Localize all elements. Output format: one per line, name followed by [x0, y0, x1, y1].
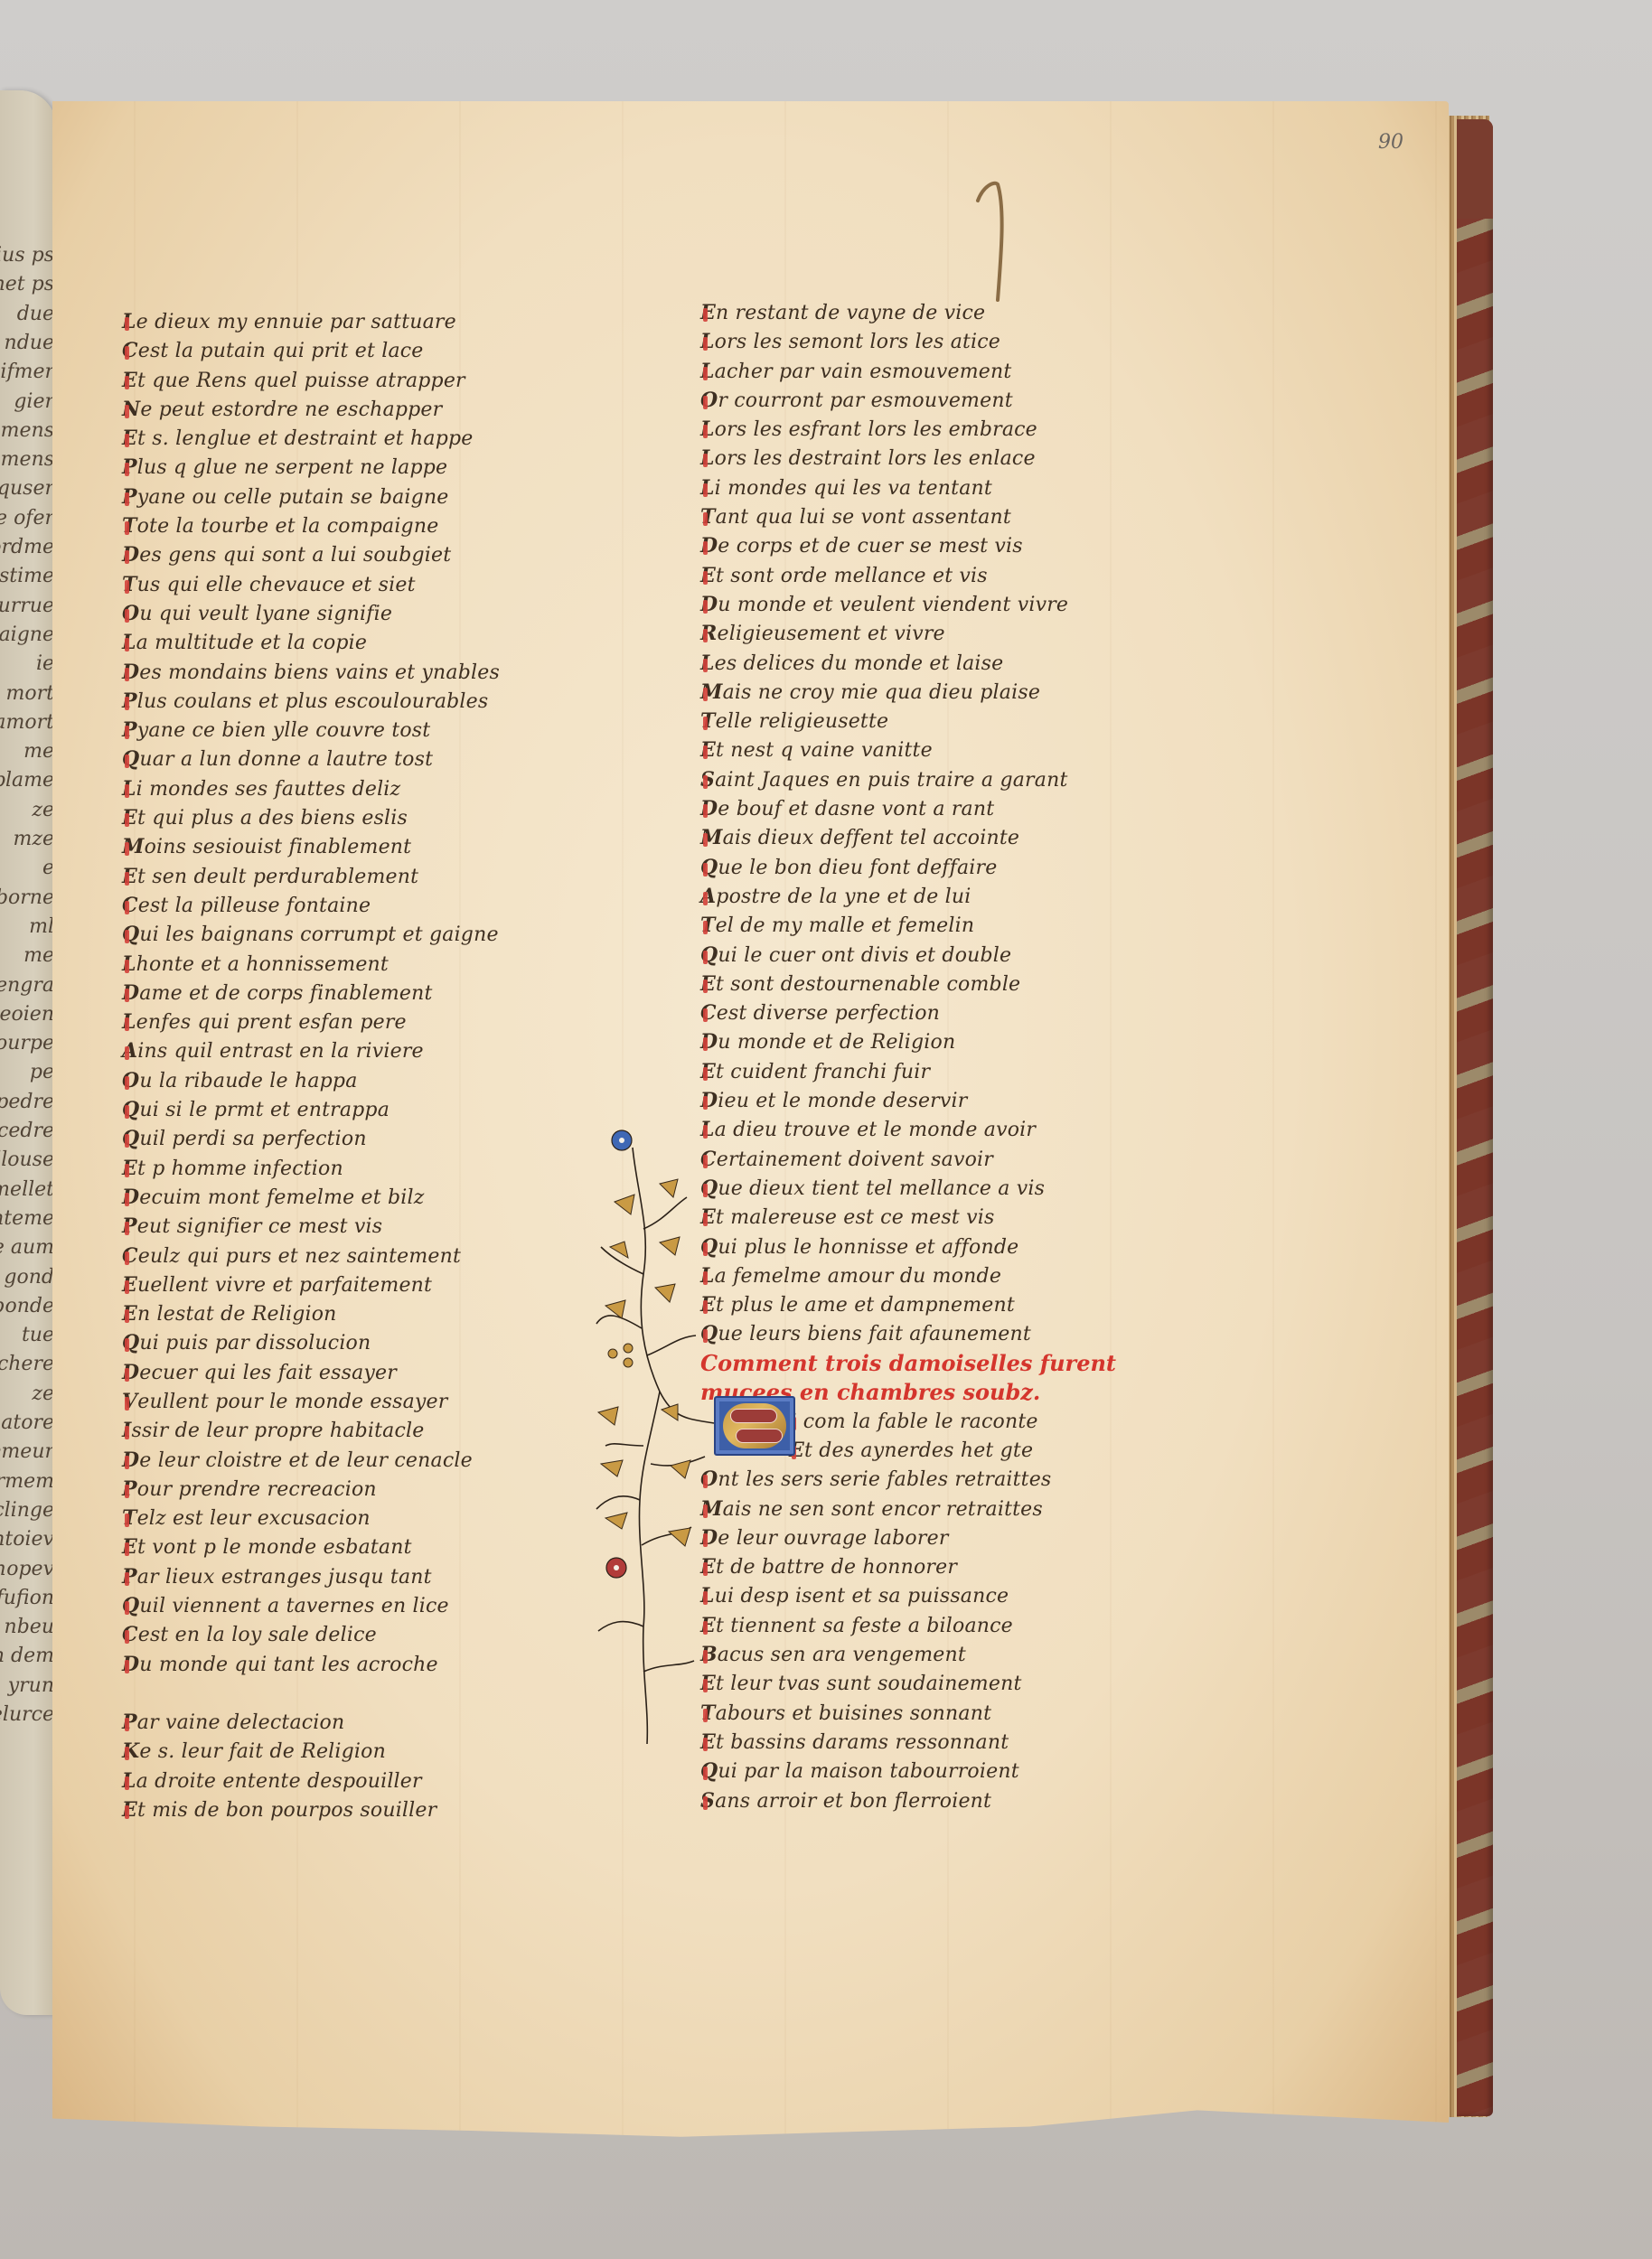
verse-line: Et sen deult perdurablement — [122, 862, 592, 891]
left-page-text-fragment: me — [23, 944, 54, 967]
verse-line: Euellent vivre et parfaitement — [122, 1270, 592, 1299]
verse-line: Peut signifier ce mest vis — [122, 1212, 592, 1241]
verse-line: Tote la tourbe et la compaigne — [122, 511, 592, 540]
rubricated-initial: L — [700, 651, 715, 675]
verse-line: Et de battre de honnorer — [700, 1552, 1188, 1581]
verse-text: e leur ouvrage laborer — [718, 1527, 948, 1550]
rubricated-initial: P — [122, 1565, 137, 1589]
left-page-text-fragment: amort — [0, 711, 54, 734]
verse-text: us qui elle chevauce et siet — [137, 574, 416, 596]
rubricated-initial: E — [700, 564, 716, 587]
verse-line: De leur ouvrage laborer — [700, 1523, 1188, 1552]
left-page-text-fragment: ne nestime — [0, 565, 54, 587]
rubricated-initial: C — [122, 339, 138, 362]
rubricated-initial: Q — [122, 1098, 139, 1121]
verse-text: ieu et le monde deservir — [718, 1090, 967, 1112]
left-page-text-fragment: Parmem — [0, 1470, 54, 1493]
verse-line: Lenfes qui prent esfan pere — [122, 1008, 592, 1036]
verse-text: ertainement doivent savoir — [717, 1148, 993, 1171]
left-page-edge: pius psernet psduendueifmergieremensteme… — [0, 90, 56, 2015]
verse-text: t sont destournenable comble — [716, 973, 1020, 996]
rubricated-initial: T — [122, 1506, 137, 1530]
rubricated-initial: P — [122, 1214, 137, 1238]
verse-line: Cest la putain qui prit et lace — [122, 336, 592, 365]
verse-text: uil viennent a tavernes en lice — [139, 1595, 448, 1617]
rubricated-initial: Q — [122, 1127, 139, 1150]
verse-line: Pyane ce bien ylle couvre tost — [122, 716, 592, 745]
rubricated-initial: D — [122, 1361, 139, 1384]
verse-line: Les delices du monde et laise — [700, 649, 1188, 678]
verse-line: Qui plus le honnisse et affonde — [700, 1233, 1188, 1261]
verse-text: ssir de leur propre habitacle — [132, 1420, 425, 1442]
verse-text: aint Jaques en puis traire a garant — [715, 769, 1067, 792]
verse-text: t p homme infection — [137, 1158, 343, 1180]
verse-line: Qui si le prmt et entrappa — [122, 1095, 592, 1124]
rubricated-initial: D — [700, 1030, 718, 1054]
rubricated-initial: S — [700, 1789, 715, 1813]
rubricated-initial: K — [122, 1739, 139, 1763]
left-page-text-fragment: pius ps — [0, 244, 54, 267]
verse-line: La dieu trouve et le monde avoir — [700, 1115, 1188, 1144]
left-page-text-fragment: pedre — [0, 1091, 54, 1113]
verse-text: est la putain qui prit et lace — [138, 340, 424, 362]
verse-line: Ou qui veult lyane signifie — [122, 599, 592, 628]
rubricated-initial: C — [122, 1623, 138, 1646]
verse-line: Ou la ribaude le happa — [122, 1066, 592, 1095]
rubricated-initial: P — [122, 718, 137, 742]
verse-text: uellent vivre et parfaitement — [137, 1274, 432, 1297]
rubricated-initial: E — [122, 865, 137, 888]
verse-text: nt les sers serie fables retraittes — [718, 1468, 1051, 1491]
rubricated-initial: Q — [122, 1594, 139, 1617]
verse-line: Et malereuse est ce mest vis — [700, 1203, 1188, 1232]
verse-line: Et tiennent sa feste a biloance — [700, 1611, 1188, 1640]
verse-line: Qui par la maison tabourroient — [700, 1757, 1188, 1786]
verse-text: ar lieux estranges jusqu tant — [137, 1566, 432, 1589]
left-page-text-fragment: leoien — [0, 1003, 54, 1026]
verse-line: Saint Jaques en puis traire a garant — [700, 765, 1188, 794]
verse-text: eut signifier ce mest vis — [137, 1215, 382, 1238]
verse-line: Pyane ou celle putain se baigne — [122, 483, 592, 511]
verse-line: Mais ne sen sont encor retraittes — [700, 1495, 1188, 1523]
verse-line: Par vaine delectacion — [122, 1708, 592, 1737]
rubricated-initial: A — [122, 1039, 137, 1063]
left-page-text-fragment: plame — [0, 769, 54, 792]
verse-text: ue leurs biens fait afaunement — [718, 1323, 1031, 1345]
verse-line: De corps et de cuer se mest vis — [700, 531, 1188, 560]
verse-line: La multitude et la copie — [122, 628, 592, 657]
verse-text: a femelme amour du monde — [715, 1265, 1001, 1288]
verse-line: Le dieux my ennuie par sattuare — [122, 307, 592, 336]
left-page-text-fragment: uengra — [0, 974, 54, 997]
verse-line: Du monde qui tant les acroche — [122, 1650, 592, 1679]
left-page-text-fragment: nbeu — [5, 1616, 54, 1638]
verse-text: t qui plus a des biens eslis — [137, 807, 408, 830]
rubricated-initial: E — [122, 1535, 137, 1559]
illuminated-initial: S — [714, 1396, 795, 1456]
rubricated-initial: P — [122, 1477, 137, 1501]
rubricated-initial: P — [122, 485, 137, 509]
verse-line: Apostre de la yne et de lui — [700, 882, 1188, 911]
verse-text: yane ce bien ylle couvre tost — [137, 719, 431, 742]
verse-text: u qui veult lyane signifie — [139, 603, 392, 625]
rubricated-initial: L — [700, 330, 715, 353]
rubricated-initial: P — [122, 689, 137, 713]
rubricated-initial: T — [700, 505, 716, 529]
verse-line: Veullent pour le monde essayer — [122, 1387, 592, 1416]
verse-line: Moins sesiouist finablement — [122, 832, 592, 861]
rubricated-initial: P — [122, 455, 137, 479]
verse-text: ors les destraint lors les enlace — [715, 447, 1036, 470]
left-page-text-fragment: me — [23, 740, 54, 763]
verse-text: ecuer qui les fait essayer — [139, 1362, 397, 1384]
verse-line: Decuim mont femelme et bilz — [122, 1183, 592, 1212]
verse-text: i mondes qui les va tentant — [715, 477, 992, 500]
rubricated-initial: D — [122, 543, 139, 567]
left-page-text-fragment: due — [17, 303, 54, 325]
verse-line: Que dieux tient tel mellance a vis — [700, 1174, 1188, 1203]
verse-text: t malereuse est ce mest vis — [716, 1206, 995, 1229]
verse-text: ui desp isent et sa puissance — [715, 1585, 1009, 1608]
verse-text: a dieu trouve et le monde avoir — [715, 1119, 1036, 1141]
rubricated-initial: Q — [122, 747, 139, 771]
verse-text: ors les esfrant lors les embrace — [715, 418, 1037, 441]
verse-text: n lestat de Religion — [137, 1303, 337, 1326]
rubricated-initial: D — [122, 661, 139, 684]
verse-text: ui le cuer ont divis et double — [718, 944, 1011, 967]
verse-text: ans arroir et bon flerroient — [715, 1790, 991, 1813]
rubricated-initial: D — [700, 593, 718, 616]
rubricated-initial: Q — [122, 1331, 139, 1354]
rubricated-initial: D — [700, 534, 718, 558]
verse-line: En restant de vayne de vice — [700, 298, 1188, 327]
rubricated-initial: E — [700, 1060, 716, 1083]
left-page-text-fragment: pe — [30, 1061, 54, 1083]
verse-line: Des mondains biens vains et ynables — [122, 658, 592, 687]
rubricated-initial: L — [700, 446, 715, 470]
rubricated-initial: L — [122, 631, 136, 654]
verse-line: Tant qua lui se vont assentant — [700, 502, 1188, 531]
verse-text: acher par vain esmouvement — [715, 361, 1012, 383]
verse-text: ar vaine delectacion — [137, 1711, 345, 1734]
initial-letter: S — [716, 1398, 793, 1454]
verse-line: Pour prendre recreacion — [122, 1475, 592, 1504]
left-page-text-fragment: ie — [36, 652, 54, 675]
verse-text: t mis de bon pourpos souiller — [137, 1799, 436, 1822]
verse-text: es delices du monde et laise — [715, 652, 1004, 675]
verse-text: el de my malle et femelin — [716, 914, 975, 937]
verse-text: est la pilleuse fontaine — [138, 895, 371, 917]
verse-line: Issir de leur propre habitacle — [122, 1416, 592, 1445]
verse-line: Mais dieux deffent tel accointe — [700, 823, 1188, 852]
verse-line: Par lieux estranges jusqu tant — [122, 1562, 592, 1591]
verse-line: Lacher par vain esmouvement — [700, 357, 1188, 386]
left-page-text-fragment: ntoiev — [0, 1528, 54, 1551]
verse-line: Cest diverse perfection — [700, 998, 1188, 1027]
rubricated-initial: Q — [700, 1759, 718, 1783]
verse-text: t que Rens quel puisse atrapper — [137, 370, 465, 392]
left-page-text-fragment: ifufion — [0, 1587, 54, 1609]
left-page-text-fragment: paigne — [0, 623, 54, 646]
verse-line: Et que Rens quel puisse atrapper — [122, 366, 592, 395]
verse-text: abours et buisines sonnant — [716, 1702, 992, 1725]
folio-number: 90 — [1378, 131, 1403, 154]
verse-text: t sont orde mellance et vis — [716, 565, 988, 587]
left-page-text-fragment: leborne — [0, 886, 54, 909]
verse-line: Et sont destournenable comble — [700, 970, 1188, 998]
verse-line: La femelme amour du monde — [700, 1261, 1188, 1290]
verse-line: De bouf et dasne vont a rant — [700, 794, 1188, 823]
verse-line: Et vont p le monde esbatant — [122, 1533, 592, 1561]
verse-line: De leur cloistre et de leur cenacle — [122, 1446, 592, 1475]
verse-line: Lors les esfrant lors les embrace — [700, 415, 1188, 444]
binding-spine — [1457, 119, 1493, 2116]
rubricated-initial: E — [122, 426, 137, 450]
rubricated-initial: D — [700, 1089, 718, 1112]
verse-text: t cuident franchi fuir — [716, 1061, 930, 1083]
verse-text: e peut estordre ne eschapper — [140, 398, 442, 421]
rubricated-initial: T — [122, 514, 137, 538]
verse-text: u monde et veulent viendent vivre — [718, 594, 1068, 616]
left-page-text-fragment: atourpe — [0, 1032, 54, 1055]
verse-line: Quil viennent a tavernes en lice — [122, 1591, 592, 1620]
rubricated-initial: S — [700, 768, 715, 792]
verse-text: u monde et de Religion — [718, 1031, 955, 1054]
verse-line: Des gens qui sont a lui soubgiet — [122, 540, 592, 569]
rubricated-initial: L — [122, 1769, 136, 1793]
verse-text: ors les semont lors les atice — [715, 331, 1000, 353]
rubricated-initial: E — [700, 301, 716, 324]
rubricated-initial: E — [122, 1157, 137, 1180]
rubricated-initial: D — [122, 1186, 139, 1209]
left-page-text-fragment: clinge — [0, 1499, 54, 1522]
verse-line: Decuer qui les fait essayer — [122, 1358, 592, 1387]
verse-text: ui si le prmt et entrappa — [139, 1099, 390, 1121]
binding-spine-top — [1457, 119, 1493, 219]
verse-text: honte et a honnissement — [136, 953, 389, 976]
right-text-column: En restant de vayne de viceLors les semo… — [700, 298, 1188, 1815]
verse-text: eligieusement et vivre — [717, 623, 944, 645]
verse-line: Certainement doivent savoir — [700, 1145, 1188, 1174]
rubricated-initial: C — [122, 1244, 138, 1268]
verse-text: t s. lenglue et destraint et happe — [137, 427, 474, 450]
verse-line: Ke s. leur fait de Religion — [122, 1737, 592, 1766]
rubricated-initial: O — [122, 1069, 139, 1092]
verse-line: Et plus le ame et dampnement — [700, 1290, 1188, 1319]
left-page-text-fragment: ml — [29, 915, 54, 938]
rubricated-initial: M — [700, 826, 723, 849]
left-page-text-fragment: esmellet — [0, 1178, 54, 1201]
verse-line: Quil perdi sa perfection — [122, 1124, 592, 1153]
verse-line: Et bassins darams ressonnant — [700, 1728, 1188, 1757]
verse-line: Mais ne croy mie qua dieu plaise — [700, 678, 1188, 707]
left-page-text-fragment: fare aquser — [0, 477, 54, 500]
left-page-text-fragment: prenteme — [0, 1207, 54, 1230]
verse-text: t leur tvas sunt soudainement — [716, 1673, 1022, 1695]
rubricated-initial: V — [122, 1390, 137, 1413]
left-page-text-fragment: en dem — [0, 1645, 54, 1667]
verse-line: Ceulz qui purs et nez saintement — [122, 1242, 592, 1270]
rubricated-initial: O — [700, 389, 718, 412]
verse-line: Dame et de corps finablement — [122, 979, 592, 1008]
verse-text: t vont p le monde esbatant — [137, 1536, 412, 1559]
verse-text: e leur cloistre et de leur cenacle — [139, 1449, 473, 1472]
verse-line: Du monde et de Religion — [700, 1027, 1188, 1056]
verse-text: es gens qui sont a lui soubgiet — [139, 544, 451, 567]
rubricated-initial: I — [122, 1419, 132, 1442]
verse-line: Et s. lenglue et destraint et happe — [122, 424, 592, 453]
marginal-vine-decoration — [587, 1120, 723, 1753]
verse-text: n restant de vayne de vice — [716, 302, 985, 324]
left-page-text-fragment: ifmer — [0, 361, 54, 383]
rubricated-initial: E — [700, 738, 716, 762]
left-page-text-fragment: temens — [0, 448, 54, 471]
verse-text: lus q glue ne serpent ne lappe — [137, 456, 448, 479]
verse-line: Qui les baignans corrumpt et gaigne — [122, 920, 592, 949]
verse-text: ant qua lui se vont assentant — [716, 506, 1011, 529]
verse-text: ue dieux tient tel mellance a vis — [718, 1177, 1045, 1200]
verse-text: es mondains biens vains et ynables — [139, 661, 500, 684]
verse-text: ui par la maison tabourroient — [718, 1760, 1018, 1783]
verse-line: Lors les destraint lors les enlace — [700, 444, 1188, 473]
verse-text: est en la loy sale delice — [138, 1624, 377, 1646]
rubricated-initial: C — [122, 894, 138, 917]
verse-text: enfes qui prent esfan pere — [136, 1011, 407, 1034]
left-page-text-fragment: yrun — [8, 1674, 54, 1697]
left-page-text-fragment: ndue — [5, 332, 54, 354]
rubricated-initial: D — [122, 1448, 139, 1472]
rubricated-initial: D — [122, 1653, 139, 1676]
verse-line: Et p homme infection — [122, 1154, 592, 1183]
verse-line: Telle religieusette — [700, 707, 1188, 736]
verse-text: uil perdi sa perfection — [139, 1128, 366, 1150]
left-page-text-fragment: premeur — [0, 1440, 54, 1463]
verse-line: Lui desp isent et sa puissance — [700, 1581, 1188, 1610]
verse-text: ui puis par dissolucion — [139, 1332, 371, 1354]
left-page-text-fragment: tue — [22, 1324, 54, 1346]
verse-text: t des aynerdes het gte — [804, 1439, 1033, 1462]
verse-text: oins sesiouist finablement — [145, 836, 412, 858]
verse-text: ui plus le honnisse et affonde — [718, 1236, 1018, 1259]
rubricated-initial: E — [122, 806, 137, 830]
verse-line: Religieusement et vivre — [700, 619, 1188, 648]
verse-line: Sans arroir et bon flerroient — [700, 1786, 1188, 1815]
rubricated-initial: R — [700, 622, 717, 645]
rubricated-initial: E — [122, 369, 137, 392]
verse-line: Qui le cuer ont divis et double — [700, 941, 1188, 970]
verse-text: ote la tourbe et la compaigne — [137, 515, 439, 538]
left-page-text-fragment: cedre — [0, 1120, 54, 1142]
rubricated-initial: L — [122, 952, 136, 976]
rubricated-initial: T — [122, 573, 137, 596]
rubricated-initial: E — [122, 1273, 137, 1297]
verse-text: i mondes ses fauttes deliz — [136, 778, 401, 801]
rubricated-initial: L — [700, 360, 715, 383]
verse-line: Et sont orde mellance et vis — [700, 561, 1188, 590]
rubricated-initial: C — [700, 1001, 717, 1025]
rubricated-initial: Q — [700, 856, 718, 879]
verse-line: Tus qui elle chevauce et siet — [122, 570, 592, 599]
verse-line: La droite entente despouiller — [122, 1767, 592, 1795]
verse-text: acus sen ara vengement — [718, 1644, 966, 1666]
verse-text: yane ou celle putain se baigne — [137, 486, 449, 509]
rubricated-initial: N — [122, 398, 140, 421]
verse-text: ue le bon dieu font deffaire — [718, 857, 997, 879]
rubricated-initial: L — [700, 417, 715, 441]
verse-text: t de battre de honnorer — [716, 1556, 957, 1579]
verse-line: Et nest q vaine vanitte — [700, 736, 1188, 764]
verse-line: Et cuident franchi fuir — [700, 1057, 1188, 1086]
left-page-text-fragment: e aum — [0, 1236, 54, 1259]
rubricated-initial: O — [122, 602, 139, 625]
left-page-text-fragment: ompurrue — [0, 595, 54, 617]
verse-line: Cest la pilleuse fontaine — [122, 891, 592, 920]
verse-line: Lors les semont lors les atice — [700, 327, 1188, 356]
verse-text: e s. leur fait de Religion — [139, 1740, 386, 1763]
verse-line: Plus coulans et plus escoulourables — [122, 687, 592, 716]
verse-text: ais dieux deffent tel accointe — [723, 827, 1020, 849]
left-page-text-fragment: gond — [4, 1266, 54, 1289]
rubricated-initial: P — [122, 1711, 137, 1734]
verse-text: a multitude et la copie — [136, 632, 367, 654]
verse-line: Et qui plus a des biens eslis — [122, 803, 592, 832]
rubricated-initial: E — [122, 1798, 137, 1822]
verse-text: u monde qui tant les acroche — [139, 1654, 437, 1676]
verse-text: lus coulans et plus escoulourables — [137, 690, 489, 713]
verse-line: Tel de my malle et femelin — [700, 911, 1188, 940]
rubricated-initial: L — [122, 310, 136, 333]
verse-text: ins quil entrast en la riviere — [137, 1040, 424, 1063]
verse-line: Or courront par esmouvement — [700, 386, 1188, 415]
verse-text: elz est leur excusacion — [137, 1507, 371, 1530]
verse-line: Ne peut estordre ne eschapper — [122, 395, 592, 424]
verse-text: elle religieusette — [716, 710, 889, 733]
verse-text: t bassins darams ressonnant — [716, 1731, 1009, 1754]
left-page-text-fragment: lechere — [0, 1353, 54, 1375]
rubricated-initial: M — [700, 680, 723, 704]
left-page-text-fragment: ze — [32, 799, 54, 821]
verse-text: eulz qui purs et nez saintement — [138, 1245, 461, 1268]
verse-line: Tabours et buisines sonnant — [700, 1699, 1188, 1728]
verse-line: Qui puis par dissolucion — [122, 1328, 592, 1357]
rubricated-initial: Q — [700, 943, 718, 967]
verse-line: Que leurs biens fait afaunement — [700, 1319, 1188, 1348]
verse-text: com la fable le raconte — [797, 1411, 1038, 1433]
left-page-text-fragment: innatore — [0, 1411, 54, 1434]
rubricated-initial: D — [700, 797, 718, 820]
verse-line: Que le bon dieu font deffaire — [700, 853, 1188, 882]
verse-line: Li mondes qui les va tentant — [700, 473, 1188, 502]
verse-text: est diverse perfection — [717, 1002, 940, 1025]
verse-line: Et mis de bon pourpos souiller — [122, 1795, 592, 1824]
verse-text: uar a lun donne a lautre tost — [139, 748, 433, 771]
verse-line: Dieu et le monde deservir — [700, 1086, 1188, 1115]
left-page-text-fragment: lerchopev — [0, 1558, 54, 1580]
verse-text: our prendre recreacion — [137, 1478, 377, 1501]
rubric-heading: Comment trois damoiselles furent — [700, 1349, 1188, 1378]
verse-line: Et leur tvas sunt soudainement — [700, 1669, 1188, 1698]
verse-text: e corps et de cuer se mest vis — [718, 535, 1023, 558]
verse-text: t nest q vaine vanitte — [716, 739, 933, 762]
left-page-text-fragment: elurce — [0, 1703, 54, 1726]
left-page-text-fragment: mze — [14, 828, 54, 850]
verse-text: e bouf et dasne vont a rant — [718, 798, 994, 820]
verse-line: Bacus sen ara vengement — [700, 1640, 1188, 1669]
verse-line: Ains quil entrast en la riviere — [122, 1036, 592, 1065]
rubricated-initial: L — [700, 476, 715, 500]
rubricated-initial: D — [122, 981, 139, 1005]
verse-text: ais ne sen sont encor retraittes — [723, 1498, 1043, 1521]
